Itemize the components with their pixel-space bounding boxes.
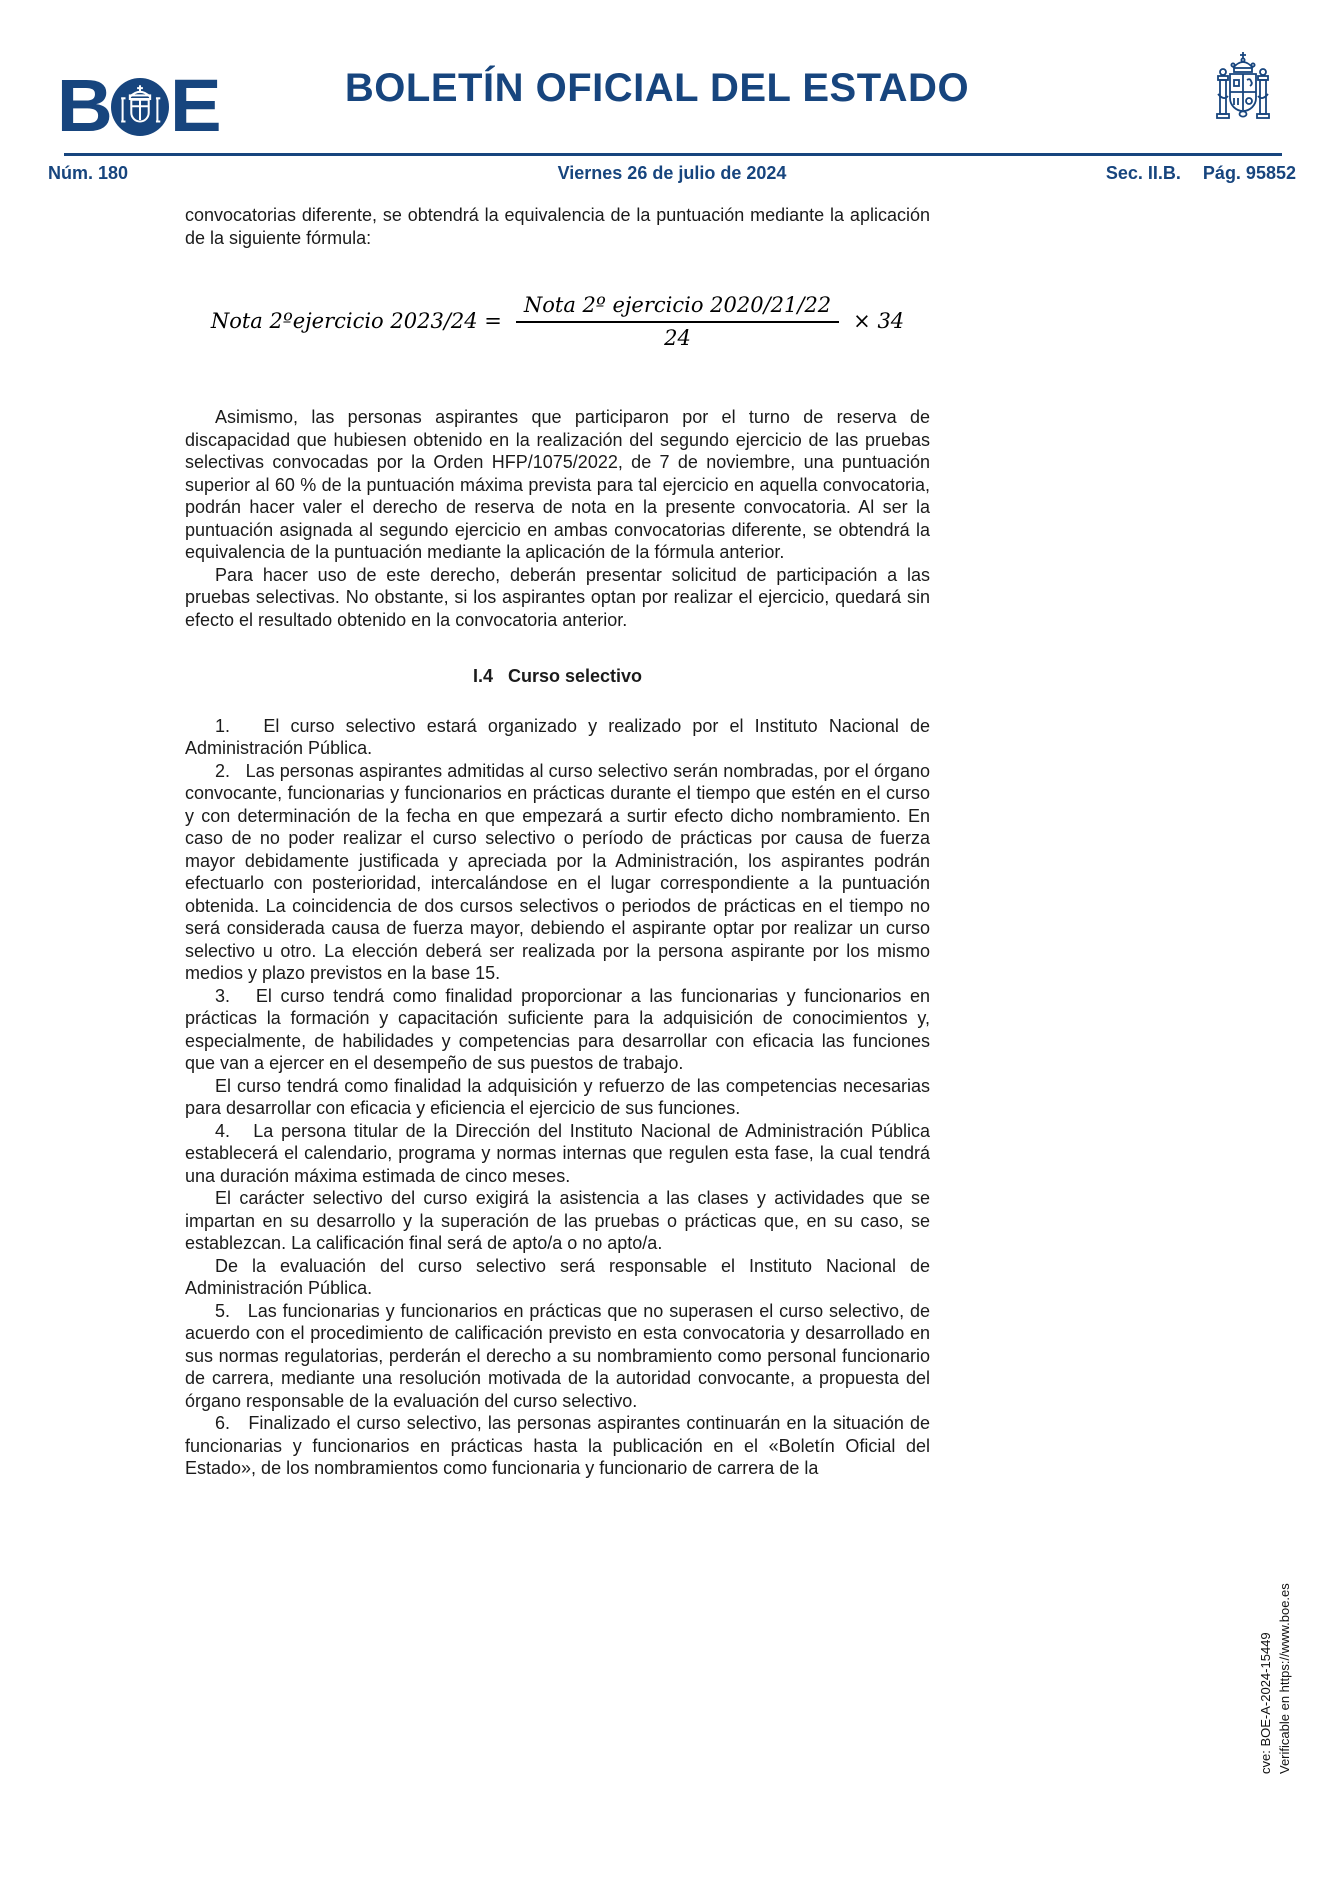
body-paragraph: 4. La persona titular de la Dirección de…	[185, 1120, 930, 1188]
formula-fraction: Nota 2º ejercicio 2020/21/22 24	[516, 294, 839, 349]
body-paragraph: 5. Las funcionarias y funcionarios en pr…	[185, 1300, 930, 1413]
body-paragraph: Para hacer uso de este derecho, deberán …	[185, 564, 930, 632]
document-body: convocatorias diferente, se obtendrá la …	[185, 204, 930, 1480]
formula: Nota 2ºejercicio 2023/24 = Nota 2º ejerc…	[185, 294, 930, 349]
section-heading: I.4 Curso selectivo	[185, 665, 930, 688]
cve-code: cve: BOE-A-2024-15449	[1256, 1583, 1275, 1774]
body-paragraph: convocatorias diferente, se obtendrá la …	[185, 204, 930, 249]
formula-lhs: Nota 2ºejercicio 2023/24 =	[211, 310, 502, 333]
logo-letter-b: B	[57, 76, 111, 136]
body-paragraph: 3. El curso tendrá como finalidad propor…	[185, 985, 930, 1075]
body-paragraph: De la evaluación del curso selectivo ser…	[185, 1255, 930, 1300]
header-divider	[64, 153, 1282, 156]
info-bar: Núm. 180 Viernes 26 de julio de 2024 Sec…	[48, 163, 1296, 184]
body-paragraph: 2. Las personas aspirantes admitidas al …	[185, 760, 930, 985]
issue-date: Viernes 26 de julio de 2024	[48, 163, 1296, 184]
coat-of-arms-icon	[1216, 50, 1270, 155]
formula-denominator: 24	[664, 323, 691, 350]
formula-numerator: Nota 2º ejercicio 2020/21/22	[516, 294, 839, 323]
verification-url: Verificable en https://www.boe.es	[1275, 1583, 1294, 1774]
body-paragraph: 6. Finalizado el curso selectivo, las pe…	[185, 1412, 930, 1480]
body-paragraph: El carácter selectivo del curso exigirá …	[185, 1187, 930, 1255]
page-title: BOLETÍN OFICIAL DEL ESTADO	[120, 64, 1194, 112]
body-paragraph: Asimismo, las personas aspirantes que pa…	[185, 406, 930, 564]
boe-document-page: B E BOLETÍN OFICIAL DEL ESTADO	[0, 0, 1344, 1900]
body-paragraph: El curso tendrá como finalidad la adquis…	[185, 1075, 930, 1120]
verification-sidebar: cve: BOE-A-2024-15449 Verificable en htt…	[1256, 1583, 1294, 1774]
body-paragraph: 1. El curso selectivo estará organizado …	[185, 715, 930, 760]
formula-multiplier: × 34	[853, 310, 904, 333]
